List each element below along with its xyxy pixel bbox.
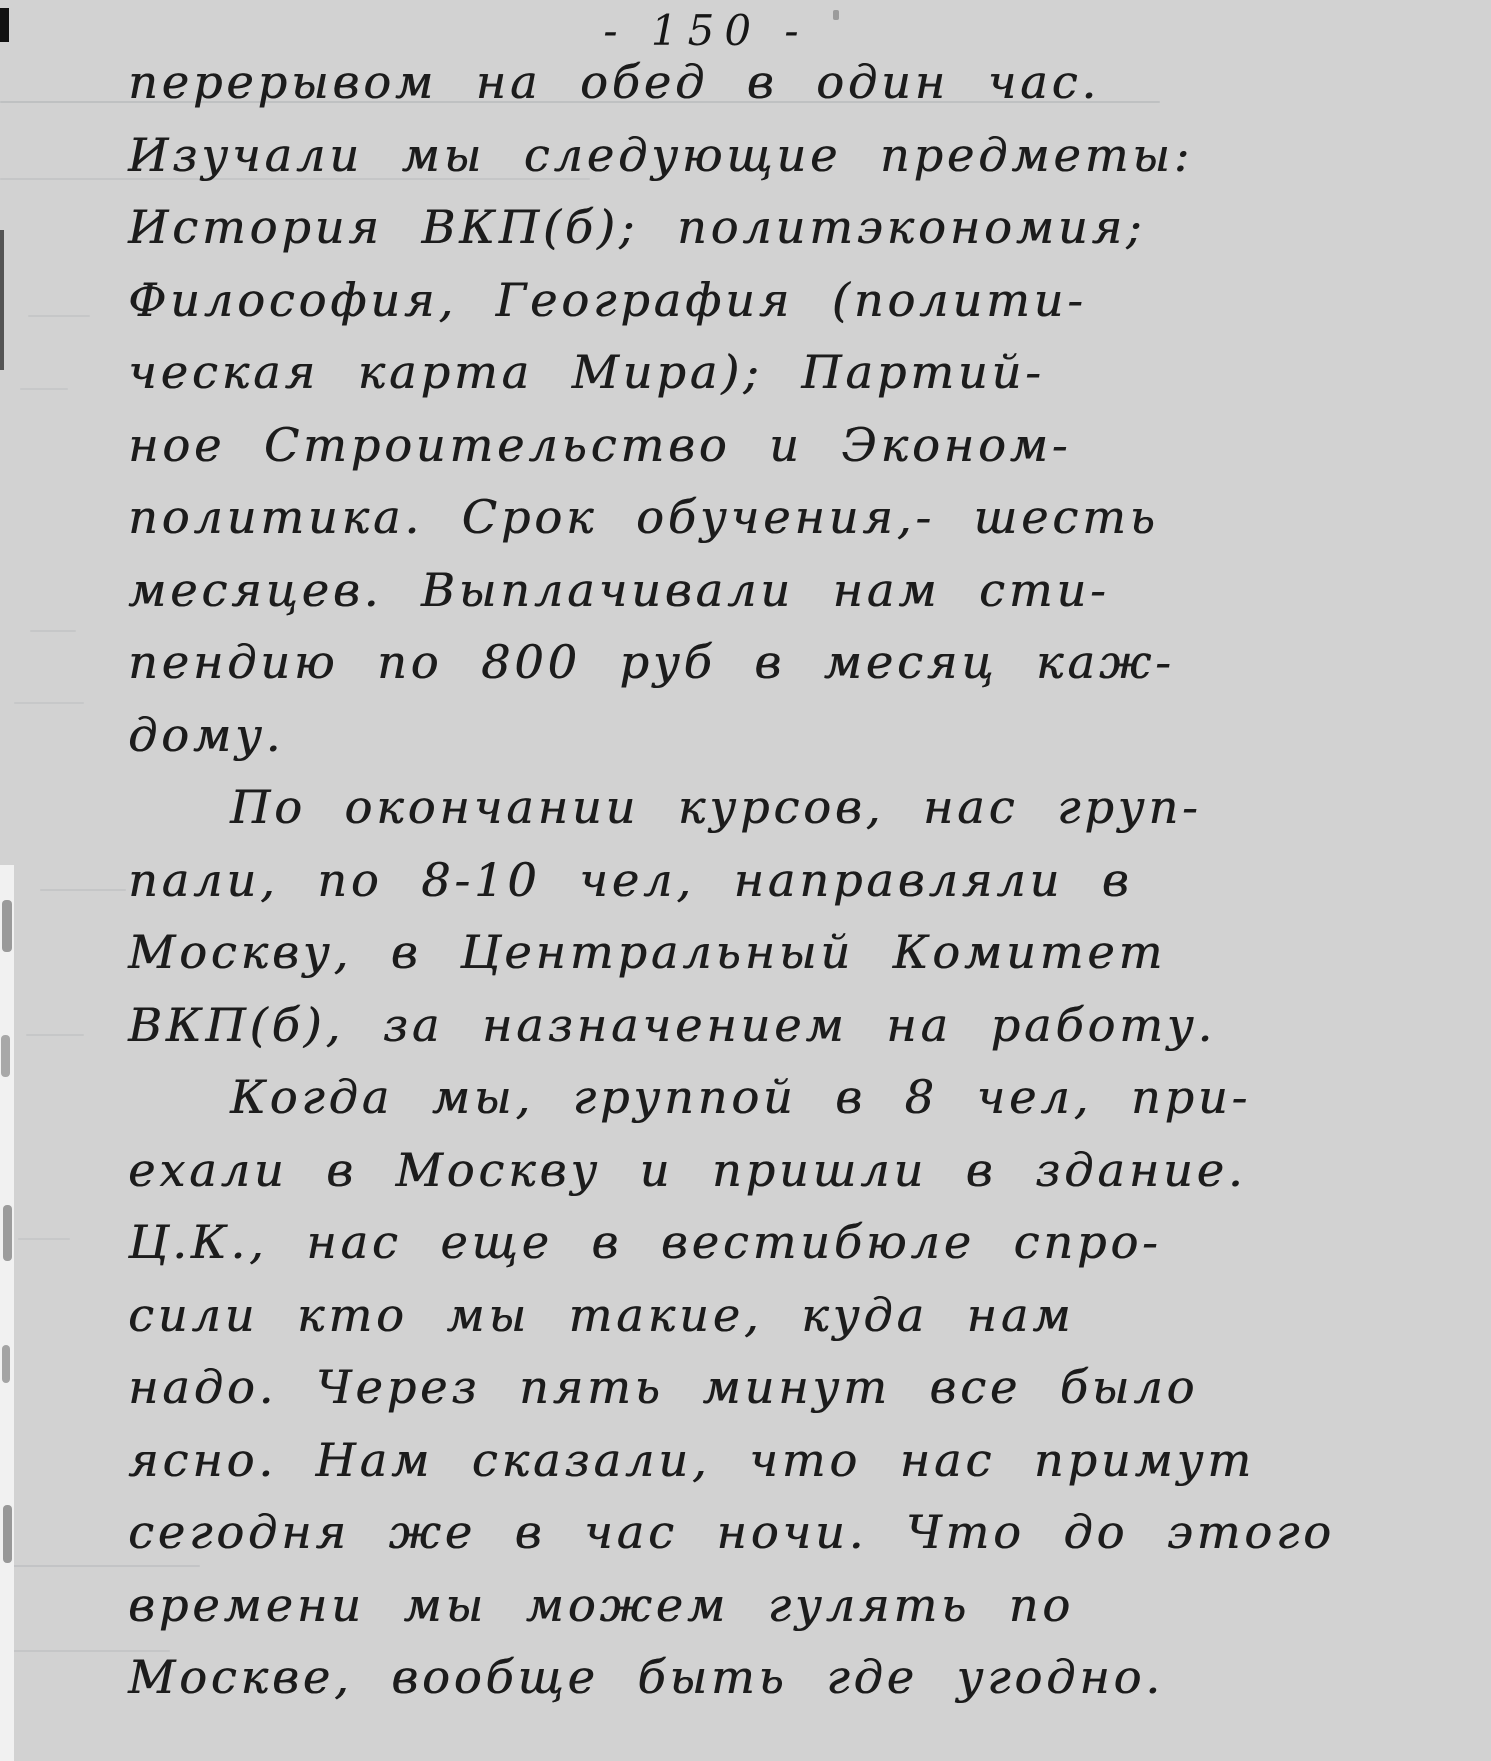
ruled-line [18,1238,70,1240]
manuscript-line: месяцев. Выплачивали нам сти- [128,554,1461,627]
manuscript-line: пендию по 800 руб в месяц каж- [128,626,1461,699]
manuscript-line: Москве, вообще быть где угодно. [128,1641,1461,1714]
manuscript-line: сили кто мы такие, куда нам [128,1279,1461,1352]
manuscript-line: пали, по 8-10 чел, направляли в [128,844,1461,917]
scan-artifact [0,865,14,1761]
scan-artifact [3,1205,12,1261]
manuscript-line: дому. [128,699,1461,772]
scan-artifact [3,1505,12,1563]
manuscript-page: - 150 - перерывом на обед в один час.Изу… [0,0,1491,1761]
manuscript-line: ехали в Москву и пришли в здание. [128,1134,1461,1207]
manuscript-line: Москву, в Центральный Комитет [128,916,1461,989]
scan-artifact [0,8,9,42]
manuscript-line: политика. Срок обучения,- шесть [128,481,1461,554]
manuscript-line: перерывом на обед в один час. [128,46,1461,119]
scan-artifact [0,230,4,370]
manuscript-line: ясно. Нам сказали, что нас примут [128,1424,1461,1497]
ruled-line [20,388,68,390]
ruled-line [30,630,76,632]
manuscript-line: сегодня же в час ночи. Что до этого [128,1496,1461,1569]
ruled-line [14,702,84,704]
handwritten-text-block: перерывом на обед в один час.Изучали мы … [128,46,1461,1714]
scan-artifact [2,1345,10,1383]
manuscript-line: надо. Через пять минут все было [128,1351,1461,1424]
ruled-line [26,1034,84,1036]
manuscript-line: Ц.К., нас еще в вестибюле спро- [128,1206,1461,1279]
scan-artifact [2,900,12,952]
scan-artifact [1,1035,10,1077]
manuscript-line: Философия, География (полити- [128,264,1461,337]
ruled-line [40,889,126,891]
manuscript-line: Изучали мы следующие предметы: [128,119,1461,192]
manuscript-line: История ВКП(б); политэкономия; [128,191,1461,264]
manuscript-line: По окончании курсов, нас груп- [128,771,1461,844]
manuscript-line: ческая карта Мира); Партий- [128,336,1461,409]
manuscript-line: ное Строительство и Эконом- [128,409,1461,482]
manuscript-line: Когда мы, группой в 8 чел, при- [128,1061,1461,1134]
ruled-line [28,315,90,317]
manuscript-line: времени мы можем гулять по [128,1569,1461,1642]
manuscript-line: ВКП(б), за назначением на работу. [128,989,1461,1062]
